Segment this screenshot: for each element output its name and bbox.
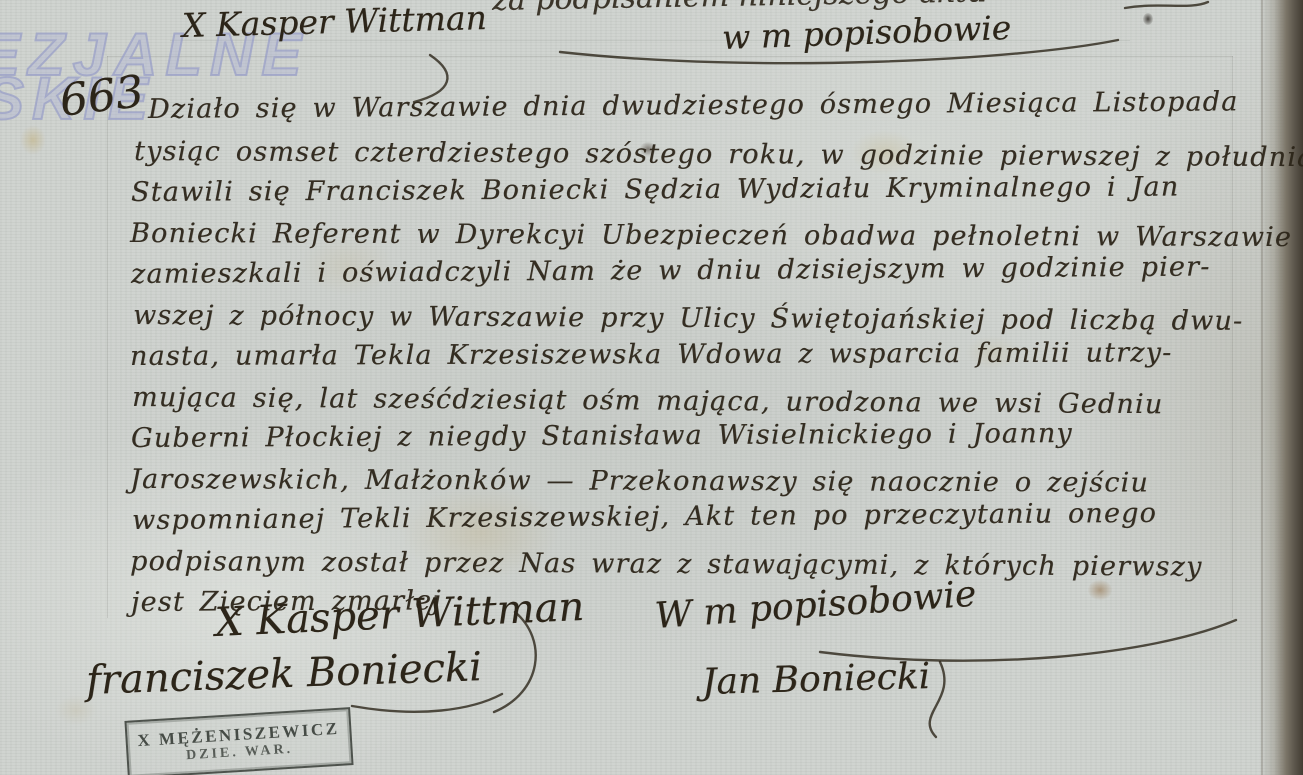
record-body-line: podpisanym został przez Nas wraz z stawa… — [130, 546, 1203, 583]
record-number: 663 — [57, 66, 147, 127]
topline-tail-flourish — [1125, 2, 1208, 8]
record-body-line: Jaroszewskich, Małżonków — Przekonawszy … — [130, 464, 1149, 499]
record-body-line: nasta, umarła Tekla Krzesiszewska Wdowa … — [130, 337, 1173, 372]
record-body-line: Guberni Płockiej z niegdy Stanisława Wis… — [131, 418, 1073, 454]
signature-sweep-flourish — [820, 620, 1236, 661]
boniecki-underline-flourish — [352, 694, 502, 712]
record-body-line: tysiąc osmset czterdziestego szóstego ro… — [134, 136, 1303, 173]
witness2-signature: Jan Boniecki — [701, 656, 930, 703]
jan-boniecki-tail-flourish — [930, 662, 945, 737]
register-page-scan: EZJALNE SKIE za podpisaniem niniejszego … — [0, 0, 1303, 775]
record-body-line: Stawili się Franciszek Boniecki Sędzia W… — [131, 172, 1180, 208]
record-body-line: wszej z północy w Warszawie przy Ulicy Ś… — [133, 300, 1243, 337]
record-body-line: Boniecki Referent w Dyrekcyi Ubezpieczeń… — [130, 218, 1292, 253]
